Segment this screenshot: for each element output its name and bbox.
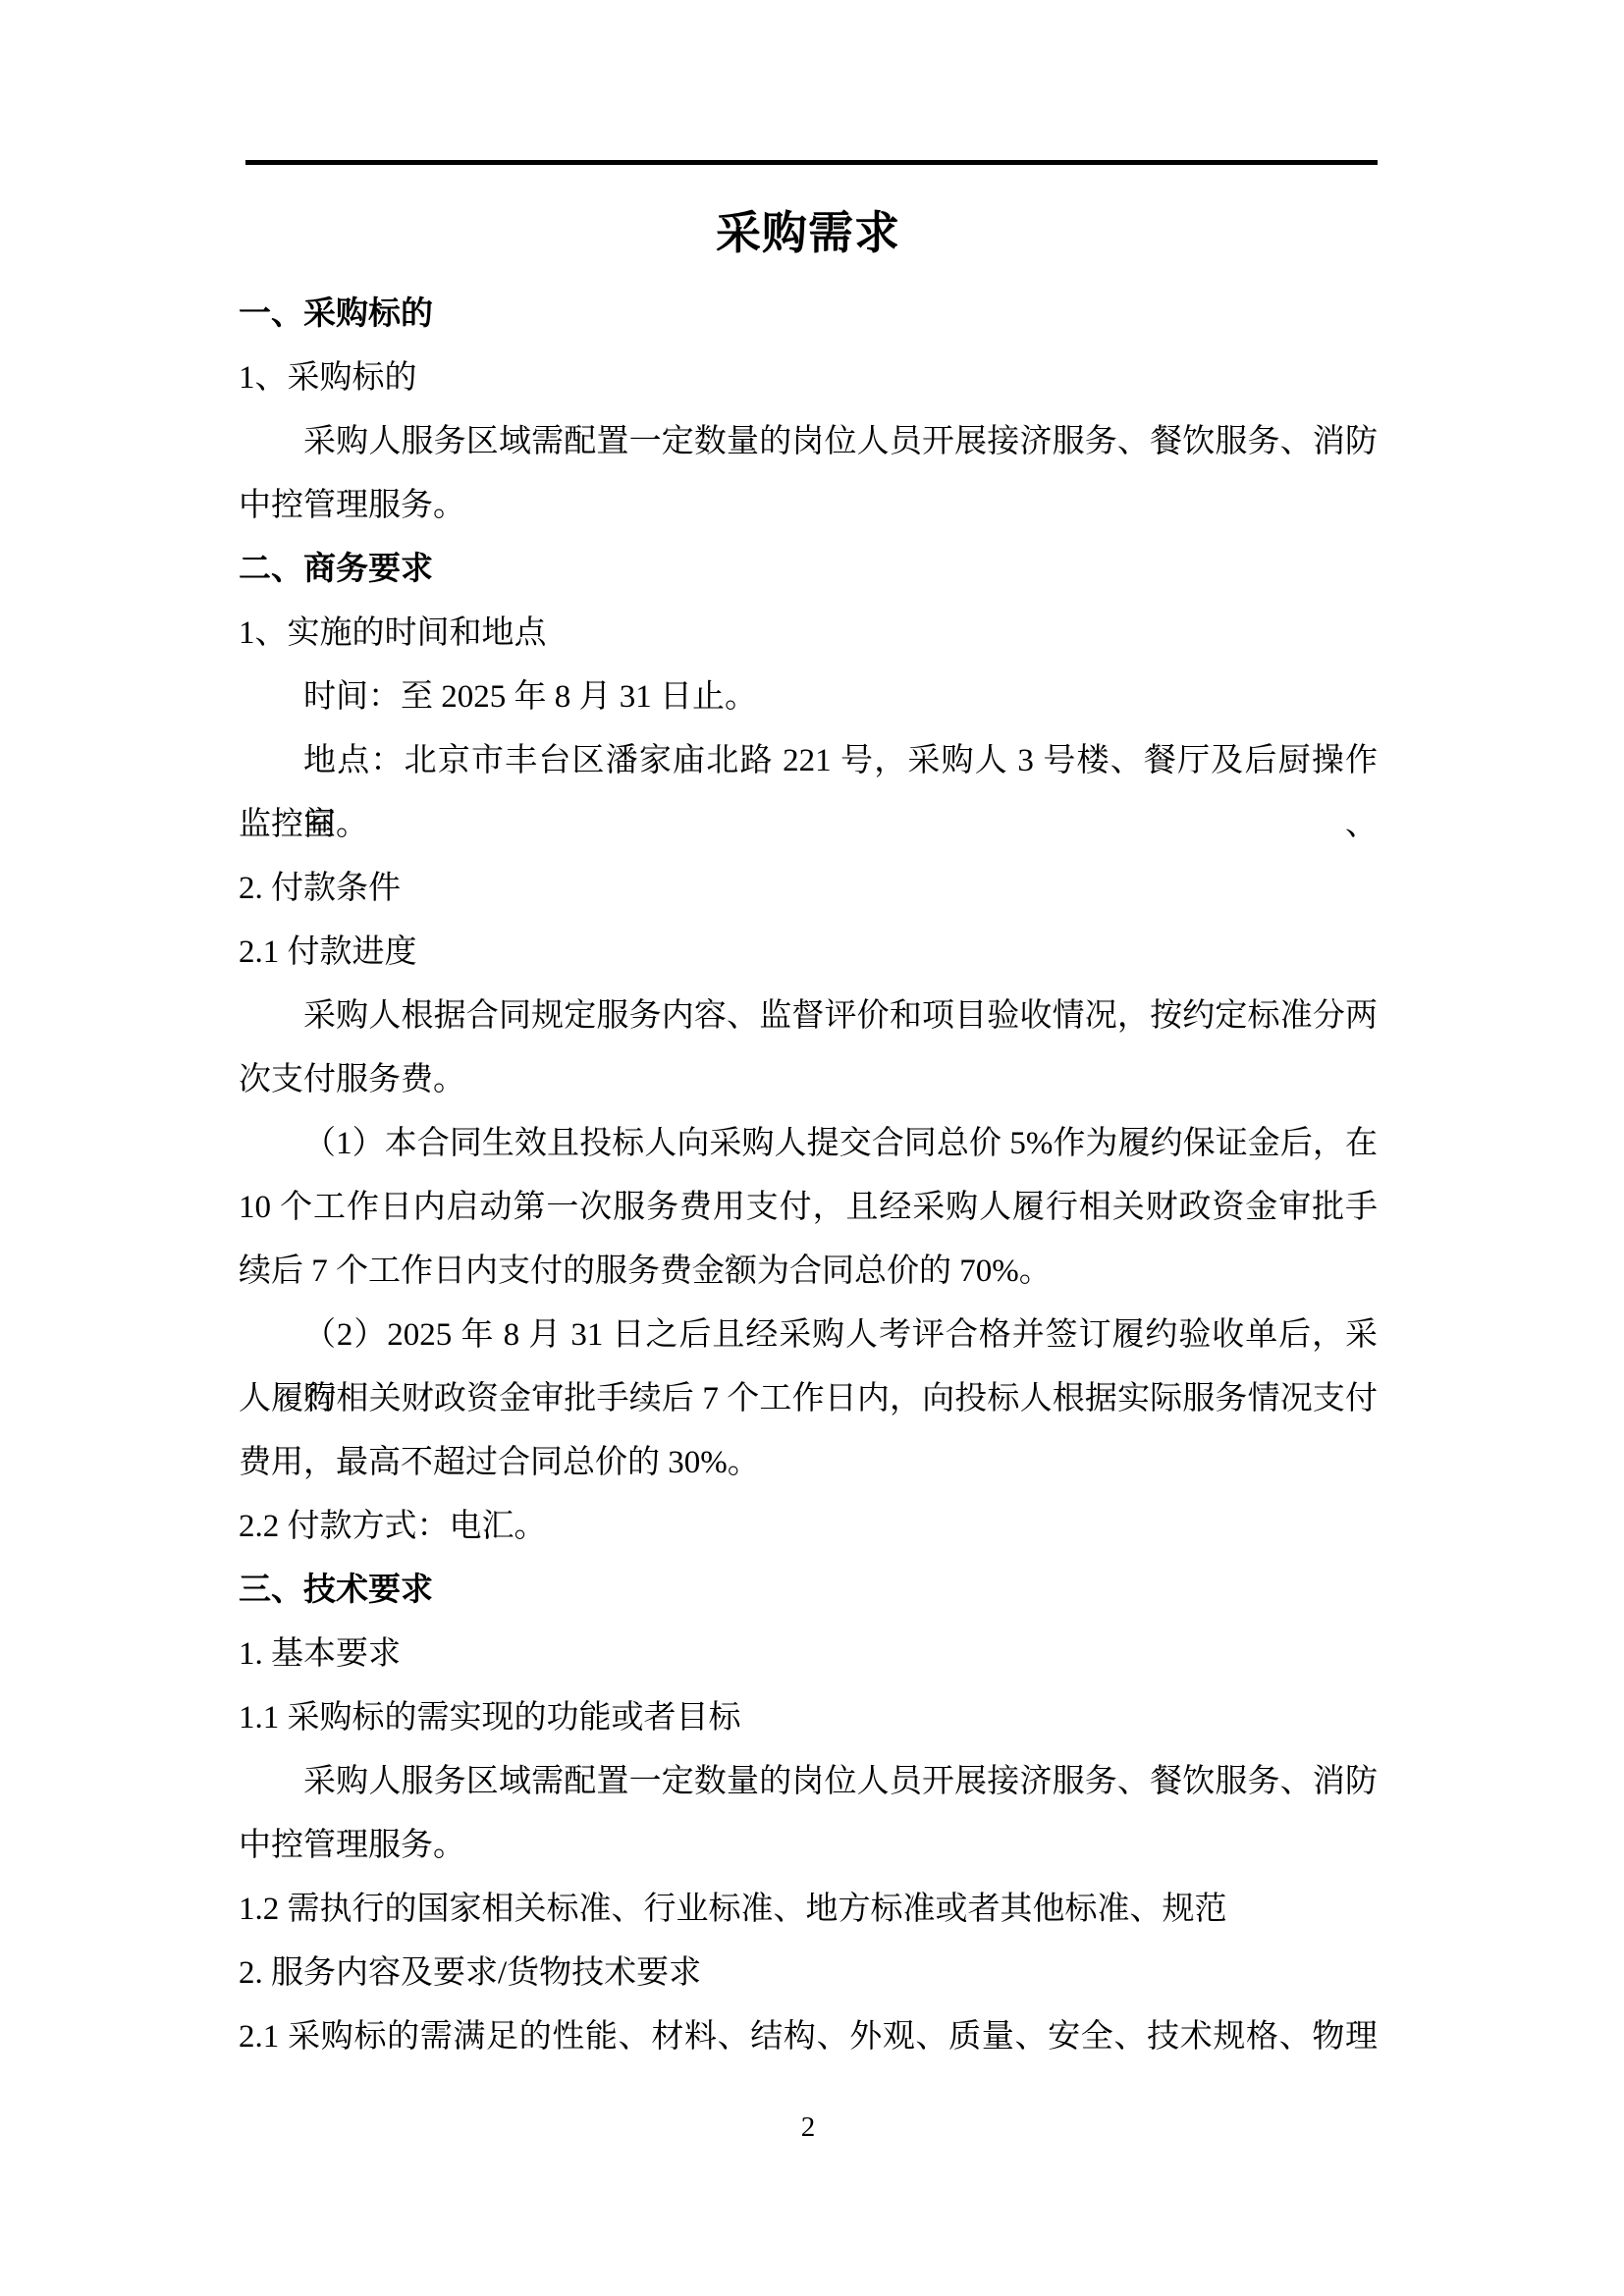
document-line: （2）2025 年 8 月 31 日之后且经采购人考评合格并签订履约验收单后，采… (239, 1304, 1378, 1367)
document-line: 二、商务要求 (239, 538, 1378, 602)
document-title: 采购需求 (239, 201, 1378, 266)
document-line: 1.1 采购标的需实现的功能或者目标 (239, 1686, 1378, 1750)
document-line: 1、实施的时间和地点 (239, 602, 1378, 666)
document-line: 人履行相关财政资金审批手续后 7 个工作日内，向投标人根据实际服务情况支付 (239, 1367, 1378, 1431)
document-line: 地点：北京市丰台区潘家庙北路 221 号，采购人 3 号楼、餐厅及后厨操作间、 (239, 729, 1378, 793)
document-line: 一、采购标的 (239, 283, 1378, 347)
document-line: 2. 服务内容及要求/货物技术要求 (239, 1942, 1378, 2005)
document-line: （1）本合同生效且投标人向采购人提交合同总价 5%作为履约保证金后，在 (239, 1112, 1378, 1176)
document-line: 三、技术要求 (239, 1559, 1378, 1623)
document-line: 2. 付款条件 (239, 857, 1378, 921)
document-line: 1、采购标的 (239, 347, 1378, 410)
document-line: 10 个工作日内启动第一次服务费用支付，且经采购人履行相关财政资金审批手 (239, 1176, 1378, 1240)
header-rule (245, 160, 1378, 165)
document-line: 2.2 付款方式：电汇。 (239, 1495, 1378, 1559)
document-line: 采购人根据合同规定服务内容、监督评价和项目验收情况，按约定标准分两 (239, 985, 1378, 1048)
document-body: 一、采购标的1、采购标的采购人服务区域需配置一定数量的岗位人员开展接济服务、餐饮… (239, 283, 1378, 2069)
document-line: 续后 7 个工作日内支付的服务费金额为合同总价的 70%。 (239, 1240, 1378, 1304)
document-line: 次支付服务费。 (239, 1048, 1378, 1112)
document-line: 1. 基本要求 (239, 1623, 1378, 1686)
document-line: 采购人服务区域需配置一定数量的岗位人员开展接济服务、餐饮服务、消防 (239, 1750, 1378, 1814)
document-line: 2.1 采购标的需满足的性能、材料、结构、外观、质量、安全、技术规格、物理 (239, 2005, 1378, 2069)
document-page: 采购需求 一、采购标的1、采购标的采购人服务区域需配置一定数量的岗位人员开展接济… (0, 0, 1624, 2296)
document-line: 采购人服务区域需配置一定数量的岗位人员开展接济服务、餐饮服务、消防 (239, 410, 1378, 474)
document-line: 2.1 付款进度 (239, 921, 1378, 985)
document-line: 时间：至 2025 年 8 月 31 日止。 (239, 666, 1378, 729)
document-line: 中控管理服务。 (239, 1814, 1378, 1878)
document-line: 1.2 需执行的国家相关标准、行业标准、地方标准或者其他标准、规范 (239, 1878, 1378, 1942)
document-line: 中控管理服务。 (239, 474, 1378, 538)
document-line: 费用，最高不超过合同总价的 30%。 (239, 1431, 1378, 1495)
page-number: 2 (239, 2109, 1378, 2146)
